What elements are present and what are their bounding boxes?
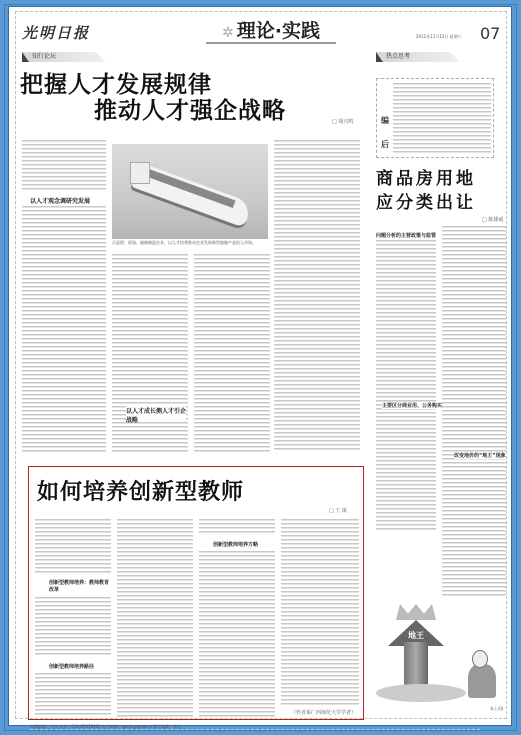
subhead: 以人才成长测人才引企战略 [126, 406, 186, 420]
text-column [35, 597, 111, 657]
article-byline: □ 王 镇 [329, 507, 347, 514]
ship-bridge [130, 162, 150, 184]
box-text [393, 83, 491, 155]
text-column [376, 240, 436, 530]
text-column [22, 140, 106, 190]
page-inner-border: 光明日报 ✲理论·实践 2011年11月12日 星期六 07 知行论坛 热点思考… [15, 11, 507, 719]
man-head [472, 650, 488, 668]
section-title-text: 理论·实践 [237, 20, 320, 42]
crown-icon [396, 604, 436, 620]
right-headline-line1: 商品房用地 [376, 164, 476, 189]
dateline: 2011年11月12日 星期六 [416, 34, 462, 40]
article-subhead: 创新型教师培养方略 [213, 541, 258, 548]
page-number: 07 [480, 24, 500, 43]
article-subhead: 创新型教师培养路径 [49, 663, 94, 670]
text-column [199, 519, 275, 535]
text-column [274, 140, 360, 452]
text-column [442, 226, 506, 596]
article-subhead: 创新型教师培养：教师教育改革 [49, 579, 109, 593]
box-side-label: 编 后 [381, 109, 391, 157]
highlighted-article[interactable]: 如何培养创新型教师 □ 王 镇 创新型教师培养：教师教育改革 创新型教师培养路径… [28, 466, 364, 720]
subhead: 以人才观念调研究发展 [30, 196, 90, 205]
article-headline: 如何培养创新型教师 [37, 475, 244, 506]
text-column [35, 673, 111, 717]
text-column [281, 519, 359, 705]
text-column [35, 519, 111, 575]
cloud-shape [376, 684, 466, 702]
text-column [22, 206, 106, 454]
right-subhead: 问题分析的主营政策与监管 [376, 232, 436, 239]
text-column [117, 519, 193, 717]
cartoon-artist: 朱上/画 [490, 706, 503, 712]
arrow-label: 地王 [404, 630, 428, 641]
article-closing-note: （作者系广西师范大学学者） [291, 709, 356, 716]
right-subhead: 主要区分商业用、公务购买 [382, 402, 442, 409]
man-figure [468, 664, 496, 698]
section-title: ✲理论·实践 [206, 16, 336, 43]
section-underline [206, 42, 336, 44]
ship-photo [112, 144, 268, 239]
newspaper-logo: 光明日报 [22, 22, 90, 43]
byline-right: □ 陈雄威 [482, 216, 503, 223]
right-headline-line2: 应分类出让 [376, 188, 476, 213]
column-tag-right: 热点思考 [376, 52, 460, 62]
right-subhead: 改变地价的“地王”现象 [454, 452, 506, 459]
photo-caption: 示意图：原油、船舶制造企业，以人才培养推动企业发展新型船舶产品投入市场。 [112, 240, 268, 246]
byline-left: □ 胡兴鸣 [332, 118, 353, 125]
hot-topic-box: 编 后 [376, 78, 494, 158]
text-column [194, 254, 270, 454]
headline-line2: 推动人才强企战略 [94, 92, 286, 125]
dizhang-cartoon: 地王 [376, 602, 506, 702]
text-column [112, 254, 188, 454]
gear-icon: ✲ [222, 25, 234, 41]
footer-divider [30, 729, 480, 730]
newspaper-page: 光明日报 ✲理论·实践 2011年11月12日 星期六 07 知行论坛 热点思考… [8, 6, 512, 726]
column-tag-left: 知行论坛 [22, 52, 106, 62]
text-column [199, 551, 275, 717]
